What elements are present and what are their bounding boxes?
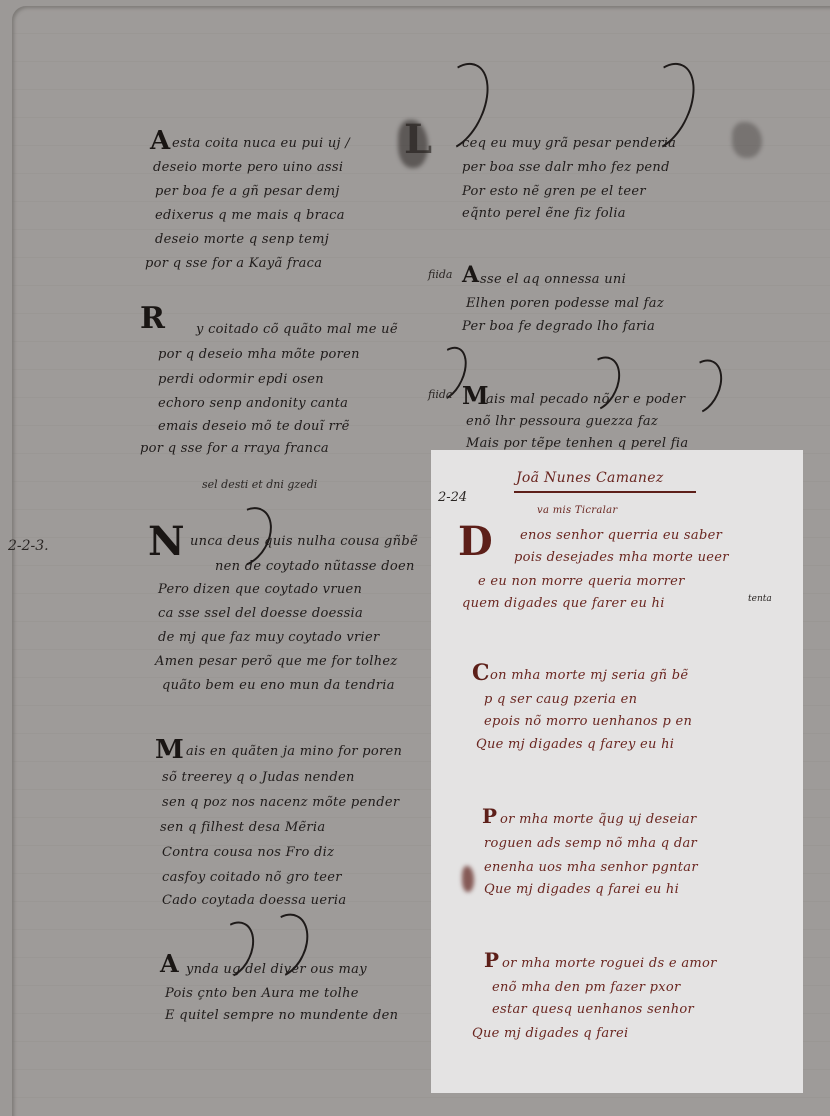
verse-line: ais en quãten ja mino for poren [186, 744, 402, 759]
verse-line: quãto bem eu eno mun da tendria [162, 678, 395, 693]
initial-letter: N [148, 522, 185, 562]
verse-line: or mha morte roguei ds e amor [502, 956, 717, 971]
verse-line: per boa fe a gñ pesar demj [155, 184, 340, 199]
verse-line: e eu non morre queria morrer [478, 574, 685, 589]
verse-line: ceq eu muy grã pesar penderia [462, 136, 676, 151]
verse-line: Contra cousa nos Fro diz [162, 845, 334, 860]
verse-line: y coitado cõ quãto mal me uẽ [196, 322, 398, 337]
verse-line: por q sse for a Kayã fraca [145, 256, 322, 271]
verse-line: quem digades que farer eu hi [462, 596, 665, 611]
verse-line: Pero dizen que coytado vruen [158, 582, 362, 597]
initial-letter: M [462, 384, 489, 408]
subheading: va mis Ticralar [537, 505, 617, 516]
faded-initial-h [732, 122, 762, 158]
verse-line: nen de coytado nũtasse doen [215, 559, 415, 574]
verse-line: echoro senp andonity canta [158, 396, 348, 411]
fiida-label: fiida [428, 388, 452, 401]
verse-line: Que mj digades q farei [472, 1026, 628, 1041]
verse-line: p q ser caug pzeria en [484, 692, 637, 707]
verse-line: casfoy coitado nõ gro teer [162, 870, 342, 885]
verse-line: Amen pesar perõ que me for tolhez [155, 654, 398, 669]
initial-letter: C [472, 662, 490, 684]
verse-line: Por esto nẽ gren pe el teer [462, 184, 646, 199]
verse-line: sse el aq onnessa uni [480, 272, 626, 287]
verse-line: enenha uos mha senhor pgntar [484, 860, 698, 875]
verse-line: unca deus quis nulha cousa gñbẽ [190, 534, 418, 549]
initial-letter: A [462, 264, 479, 286]
verse-line: enõ mha den pm fazer pxor [492, 980, 681, 995]
verse-line: Que mj digades q farey eu hi [476, 737, 674, 752]
paraph-mark [462, 866, 474, 892]
verse-line: eq̃nto perel ẽne fiz folia [462, 206, 626, 221]
verse-line: sen q poz nos nacenz mõte pender [162, 795, 399, 810]
verse-line: sen q filhest desa Mẽria [160, 820, 325, 835]
initial-letter: P [484, 950, 499, 970]
marginal-fragment: tenta [748, 594, 772, 604]
margin-number: 2-24 [438, 490, 467, 505]
verse-line: por q sse for a rraya franca [140, 441, 329, 456]
verse-line: ais mal pecado nõ er e poder [486, 392, 685, 407]
verse-line: Pois çnto ben Aura me tolhe [165, 986, 359, 1001]
initial-letter: R [140, 304, 165, 334]
verse-line: E quitel sempre no mundente den [165, 1008, 398, 1023]
verse-line: epois nõ morro uenhanos p en [484, 714, 692, 729]
margin-number: 2-2-3. [8, 538, 49, 554]
initial-letter: M [155, 737, 184, 763]
verse-line: esta coita nuca eu pui uj / [172, 136, 350, 151]
verse-line: emais deseio mõ te douĩ rrẽ [158, 419, 350, 434]
verse-line: roguen ads semp nõ mha q dar [484, 836, 697, 851]
heading-underline [514, 491, 696, 493]
verse-line: deseio morte pero uino assi [153, 160, 343, 175]
verse-line: edixerus q me mais q braca [155, 208, 345, 223]
verse-line: perdi odormir epdi osen [158, 372, 324, 387]
verse-line: por q deseio mha mõte poren [158, 347, 360, 362]
verse-line: per boa sse dalr mho fez pend [462, 160, 670, 175]
verse-line: estar quesq uenhanos senhor [492, 1002, 694, 1017]
fiida-label: fiida [428, 268, 452, 281]
verse-line: deseio morte q senp temj [155, 232, 329, 247]
verse-line: or mha morte q̃ug uj deseiar [500, 812, 696, 827]
initial-letter: D [458, 522, 493, 562]
verse-line: sõ treerey q o Judas nenden [162, 770, 355, 785]
verse-line: on mha morte mj seria gñ bẽ [490, 668, 688, 683]
verse-line: enos senhor querria eu saber [520, 528, 722, 543]
verse-line: ca sse ssel del doesse doessia [158, 606, 363, 621]
initial-letter: P [482, 806, 497, 826]
verse-line: Per boa fe degrado lho faria [462, 319, 655, 334]
initial-letter: A [150, 128, 170, 154]
verse-line: Cado coytada doessa ueria [162, 893, 346, 908]
verse-line: Que mj digades q farei eu hi [484, 882, 679, 897]
verse-line: pois desejades mha morte ueer [514, 550, 729, 565]
initial-letter: A [160, 952, 179, 976]
verse-line: enõ lhr pessoura guezza faz [466, 414, 658, 429]
verse-line: Elhen poren podesse mal faz [466, 296, 664, 311]
verse-line: Mais por tẽpe tenhen q perel fia [466, 436, 688, 451]
verse-line: ynda ug del diver ous may [186, 962, 367, 977]
rubric-note: sel desti et dni gzedi [202, 478, 317, 491]
initial-letter: L [404, 120, 432, 160]
verse-line: de mj que faz muy coytado vrier [158, 630, 380, 645]
author-heading: Joã Nunes Camanez [516, 470, 664, 486]
